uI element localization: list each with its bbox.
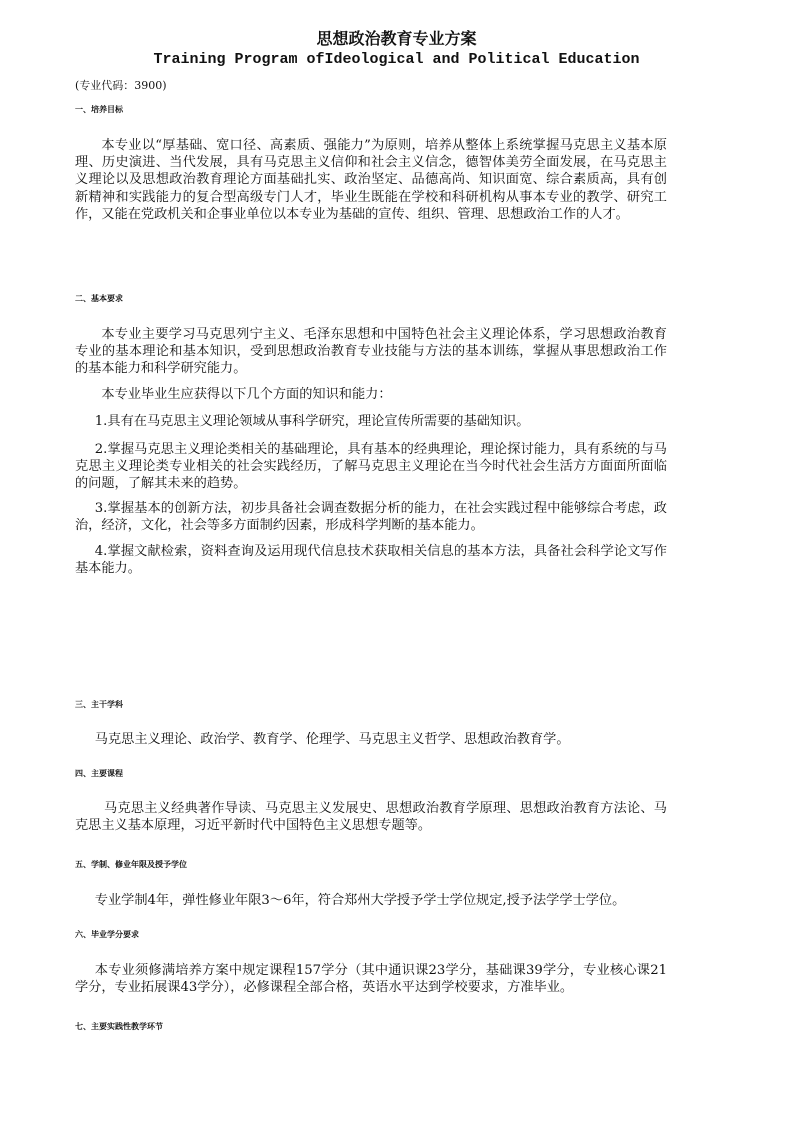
section-paragraph: 本专业毕业生应获得以下几个方面的知识和能力： xyxy=(75,386,667,403)
major-code: (专业代码：3900) xyxy=(75,77,167,93)
section-heading-training-objectives: 一、培养目标 xyxy=(75,104,123,115)
section-paragraph: 马克思主义理论、政治学、教育学、伦理学、马克思主义哲学、思想政治教育学。 xyxy=(75,731,667,748)
section-paragraph: 本专业以“厚基础、宽口径、高素质、强能力”为原则，培养从整体上系统掌握马克思主义… xyxy=(75,137,667,223)
requirement-item-2: 2.掌握马克思主义理论类相关的基础理论，具有基本的经典理论，理论探讨能力，具有系… xyxy=(75,441,667,493)
section-heading-basic-requirements: 二、基本要求 xyxy=(75,293,123,304)
section-heading-duration-degree: 五、学制、修业年限及授予学位 xyxy=(75,859,187,870)
section-heading-main-courses: 四、主要课程 xyxy=(75,768,123,779)
requirement-item-3: 3.掌握基本的创新方法，初步具备社会调查数据分析的能力，在社会实践过程中能够综合… xyxy=(75,500,667,534)
section-paragraph: 本专业主要学习马克思列宁主义、毛泽东思想和中国特色社会主义理论体系，学习思想政治… xyxy=(75,326,667,378)
section-heading-practical-teaching: 七、主要实践性教学环节 xyxy=(75,1021,163,1032)
requirement-item-4: 4.掌握文献检索，资料查询及运用现代信息技术获取相关信息的基本方法，具备社会科学… xyxy=(75,543,667,577)
document-page: 思想政治教育专业方案 Training Program ofIdeologica… xyxy=(0,0,793,1122)
requirement-item-1: 1.具有在马克思主义理论领域从事科学研究，理论宣传所需要的基础知识。 xyxy=(75,413,667,430)
section-heading-credit-requirements: 六、毕业学分要求 xyxy=(75,929,139,940)
section-paragraph: 本专业须修满培养方案中规定课程157学分（其中通识课23学分，基础课39学分，专… xyxy=(75,962,667,996)
section-paragraph: 马克思主义经典著作导读、马克思主义发展史、思想政治教育学原理、思想政治教育方法论… xyxy=(75,800,667,834)
document-title-en: Training Program ofIdeological and Polit… xyxy=(0,51,793,68)
document-title-cn: 思想政治教育专业方案 xyxy=(0,26,793,49)
section-paragraph: 专业学制4年，弹性修业年限3～6年，符合郑州大学授予学士学位规定,授予法学学士学… xyxy=(75,892,667,909)
section-heading-main-disciplines: 三、主干学科 xyxy=(75,699,123,710)
